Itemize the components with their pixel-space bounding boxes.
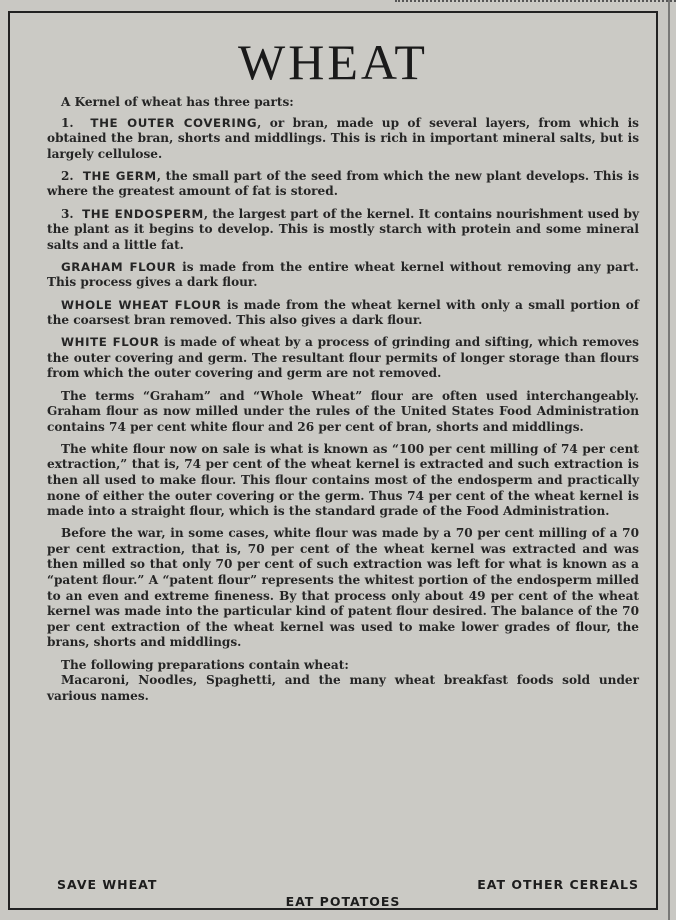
part-outer-covering: 1. THE OUTER COVERING, or bran, made up … [47, 116, 639, 163]
column-dotted-rule [395, 0, 676, 5]
slogan-eat-potatoes: EAT POTATOES [47, 894, 639, 909]
column-divider [668, 0, 670, 920]
article-body: A Kernel of wheat has three parts: 1. TH… [47, 95, 639, 711]
part-endosperm: 3. THE ENDOSPERM, the largest part of th… [47, 207, 639, 254]
flour-heading: WHOLE WHEAT FLOUR [61, 298, 221, 312]
part-number: 1. [61, 116, 74, 130]
preparations-list: Macaroni, Noodles, Spaghetti, and the ma… [47, 673, 639, 704]
article-box: WHEAT A Kernel of wheat has three parts:… [8, 11, 658, 910]
slogan-eat-other-cereals: EAT OTHER CEREALS [477, 877, 639, 892]
article-title: WHEAT [10, 33, 656, 91]
slogans: SAVE WHEAT EAT OTHER CEREALS EAT POTATOE… [47, 875, 639, 915]
slogan-save-wheat: SAVE WHEAT [57, 877, 157, 892]
part-germ: 2. THE GERM, the small part of the seed … [47, 169, 639, 200]
intro-text: A Kernel of wheat has three parts: [47, 95, 639, 111]
flour-heading: WHITE FLOUR [61, 335, 159, 349]
part-number: 3. [61, 207, 74, 221]
preparations-intro: The following preparations contain wheat… [47, 658, 639, 674]
white-flour-sale-paragraph: The white flour now on sale is what is k… [47, 442, 639, 520]
part-heading: THE GERM [83, 169, 157, 183]
part-heading: THE ENDOSPERM [82, 207, 204, 221]
whole-wheat-flour-paragraph: WHOLE WHEAT FLOUR is made from the wheat… [47, 298, 639, 329]
white-flour-paragraph: WHITE FLOUR is made of wheat by a proces… [47, 335, 639, 382]
before-war-paragraph: Before the war, in some cases, white flo… [47, 526, 639, 651]
part-heading: THE OUTER COVERING [90, 116, 257, 130]
part-number: 2. [61, 169, 74, 183]
terms-paragraph: The terms “Graham” and “Whole Wheat” flo… [47, 389, 639, 436]
graham-flour-paragraph: GRAHAM FLOUR is made from the entire whe… [47, 260, 639, 291]
flour-heading: GRAHAM FLOUR [61, 260, 176, 274]
